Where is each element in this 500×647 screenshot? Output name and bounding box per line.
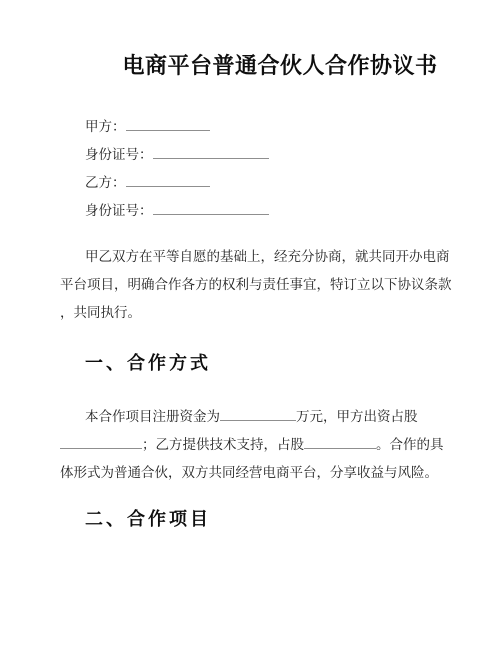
party-line: 身份证号： <box>85 197 500 225</box>
preamble-paragraph: 甲乙双方在平等自愿的基础上，经充分协商，就共同开办电商平台项目，明确合作各方的权… <box>60 243 452 327</box>
fill-in-blank-line <box>126 173 210 187</box>
text-line: 体形式为普通合伙，双方共同经营电商平台，分享收益与风险。 <box>60 459 452 487</box>
text-line: ；乙方提供技术支持，占股。合作的具 <box>60 431 452 459</box>
party-label: 甲方： <box>85 119 126 134</box>
party-line: 乙方： <box>85 169 500 197</box>
fill-in-blank-line <box>60 435 142 449</box>
text-line: 平台项目，明确合作各方的权利与责任事宜，特订立以下协议条款 <box>60 271 452 299</box>
party-label: 身份证号： <box>85 147 153 162</box>
text-run: 万元，甲方出资占股 <box>296 409 418 424</box>
text-run: 体形式为普通合伙，双方共同经营电商平台，分享收益与风险。 <box>60 465 438 480</box>
text-run: 。合作的具 <box>376 437 444 452</box>
party-label: 身份证号： <box>85 203 153 218</box>
text-run: ，共同执行。 <box>60 305 141 320</box>
text-run: ；乙方提供技术支持，占股 <box>142 437 304 452</box>
document-title: 电商平台普通合伙人合作协议书 <box>60 52 500 82</box>
section-1-paragraph: 本合作项目注册资金为万元，甲方出资占股；乙方提供技术支持，占股。合作的具体形式为… <box>60 403 452 487</box>
text-line: 本合作项目注册资金为万元，甲方出资占股 <box>60 403 452 431</box>
fill-in-blank-line <box>126 117 210 131</box>
text-run: 平台项目，明确合作各方的权利与责任事宜，特订立以下协议条款 <box>60 277 452 292</box>
text-line: ，共同执行。 <box>60 299 452 327</box>
party-line: 甲方： <box>85 113 500 141</box>
party-label: 乙方： <box>85 175 126 190</box>
fill-in-blank-line <box>220 407 296 421</box>
section-2-heading: 二、合作项目 <box>85 508 500 532</box>
section-1-heading: 一、合作方式 <box>85 352 500 376</box>
party-info-block: 甲方：身份证号：乙方：身份证号： <box>85 113 500 225</box>
document-page: 电商平台普通合伙人合作协议书 甲方：身份证号：乙方：身份证号： 甲乙双方在平等自… <box>0 0 500 647</box>
fill-in-blank-line <box>153 145 269 159</box>
text-run: 甲乙双方在平等自愿的基础上，经充分协商，就共同开办电商 <box>85 249 450 264</box>
fill-in-blank-line <box>304 435 376 449</box>
text-line: 甲乙双方在平等自愿的基础上，经充分协商，就共同开办电商 <box>60 243 452 271</box>
party-line: 身份证号： <box>85 141 500 169</box>
fill-in-blank-line <box>153 201 269 215</box>
text-run: 本合作项目注册资金为 <box>85 409 220 424</box>
